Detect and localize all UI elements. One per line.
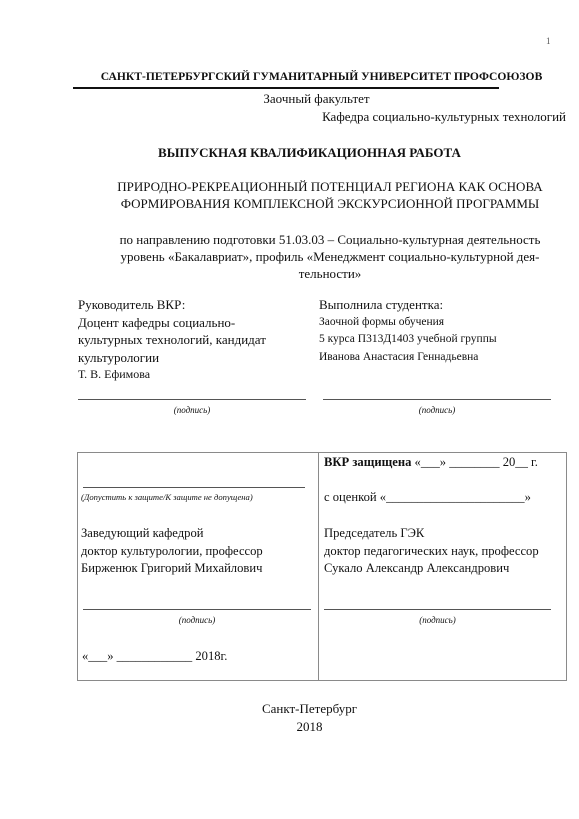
admission-line [83, 487, 305, 488]
defense-date: «___» ________ 20__ г. [411, 455, 538, 469]
student-info-line: 5 курса П313Д1403 учебной группы [319, 331, 497, 349]
department-name: Кафедра социально-культурных технологий [322, 109, 566, 125]
supervisor-signature-caption: (подпись) [78, 405, 306, 415]
chair-name: Сукало Александр Александрович [324, 560, 539, 578]
grade-line: с оценкой «______________________» [324, 489, 531, 507]
chair-signature-caption: (подпись) [324, 615, 551, 625]
thesis-title: ПРИРОДНО-РЕКРЕАЦИОННЫЙ ПОТЕНЦИАЛ РЕГИОНА… [60, 178, 579, 212]
supervisor-name: Т. В. Ефимова [78, 366, 266, 384]
supervisor-title-line: культурных технологий, кандидат [78, 331, 266, 349]
footer: Санкт-Петербург 2018 [0, 700, 579, 736]
study-direction: по направлению подготовки 51.03.03 – Соц… [60, 231, 579, 282]
faculty-name: Заочный факультет [0, 91, 579, 107]
year: 2018 [40, 718, 579, 736]
head-of-department-block: Заведующий кафедрой доктор культурологии… [81, 525, 263, 578]
chair-title-line: доктор педагогических наук, профессор [324, 543, 539, 561]
student-heading: Выполнила студентка: [319, 296, 497, 314]
student-signature-caption: (подпись) [323, 405, 551, 415]
supervisor-heading: Руководитель ВКР: [78, 296, 266, 314]
university-name: САНКТ-ПЕТЕРБУРГСКИЙ ГУМАНИТАРНЫЙ УНИВЕРС… [76, 70, 567, 83]
header-rule [73, 87, 499, 89]
direction-line: по направлению подготовки 51.03.03 – Соц… [60, 231, 579, 248]
student-block: Выполнила студентка: Заочной формы обуче… [319, 296, 497, 366]
page-number: 1 [546, 36, 551, 46]
supervisor-title-line: культурологии [78, 349, 266, 367]
defended-label: ВКР защищена [324, 455, 411, 469]
approval-table-divider [318, 452, 319, 681]
admission-date-line: «___» ____________ 2018г. [82, 648, 227, 666]
defense-line: ВКР защищена «___» ________ 20__ г. [324, 454, 538, 472]
supervisor-block: Руководитель ВКР: Доцент кафедры социаль… [78, 296, 266, 384]
head-signature-caption: (подпись) [83, 615, 311, 625]
direction-line: тельности» [60, 265, 579, 282]
chair-signature-line [324, 609, 551, 610]
thesis-title-line: ПРИРОДНО-РЕКРЕАЦИОННЫЙ ПОТЕНЦИАЛ РЕГИОНА… [60, 178, 579, 195]
direction-line: уровень «Бакалавриат», профиль «Менеджме… [60, 248, 579, 265]
head-signature-line [83, 609, 311, 610]
student-name: Иванова Анастасия Геннадьевна [319, 349, 497, 367]
supervisor-title-line: Доцент кафедры социально- [78, 314, 266, 332]
head-title-line: Заведующий кафедрой [81, 525, 263, 543]
student-info-line: Заочной формы обучения [319, 314, 497, 332]
student-signature-line [323, 399, 551, 400]
head-title-line: доктор культурологии, профессор [81, 543, 263, 561]
admission-caption: (Допустить к защите/К защите не допущена… [81, 492, 307, 502]
commission-chair-block: Председатель ГЭК доктор педагогических н… [324, 525, 539, 578]
head-name: Бирженюк Григорий Михайлович [81, 560, 263, 578]
thesis-title-line: ФОРМИРОВАНИЯ КОМПЛЕКСНОЙ ЭКСКУРСИОННОЙ П… [60, 195, 579, 212]
city: Санкт-Петербург [40, 700, 579, 718]
work-type-heading: ВЫПУСКНАЯ КВАЛИФИКАЦИОННАЯ РАБОТА [0, 145, 579, 161]
chair-title-line: Председатель ГЭК [324, 525, 539, 543]
supervisor-signature-line [78, 399, 306, 400]
